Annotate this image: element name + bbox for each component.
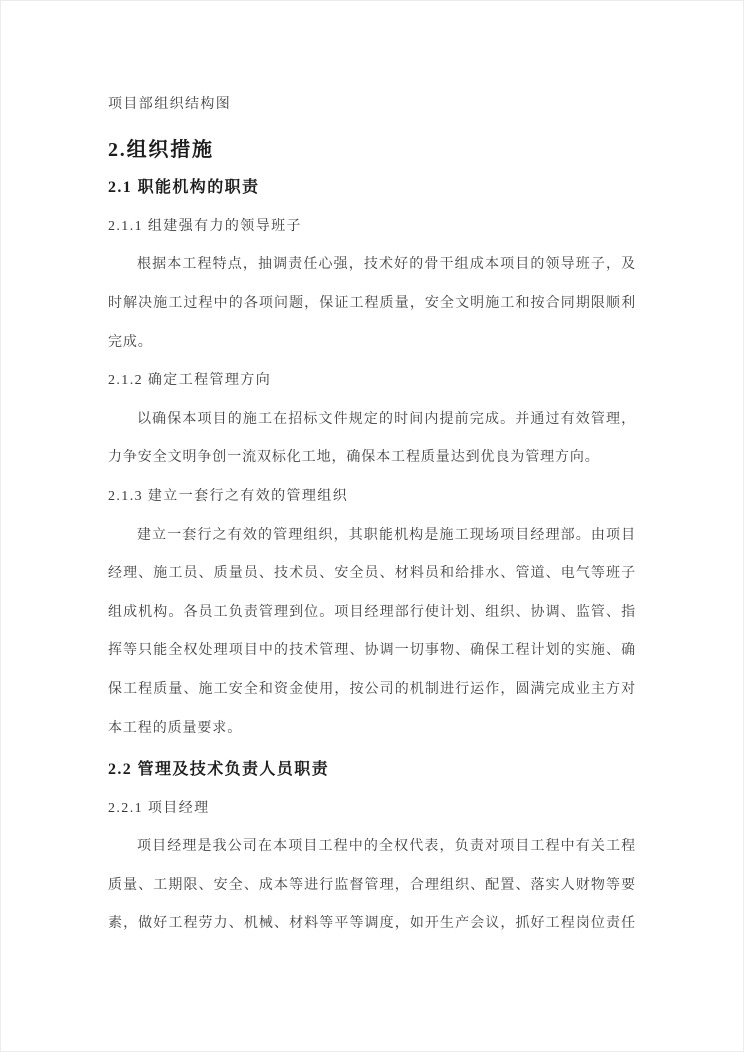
paragraph-line: 保工程质量、施工安全和资金使用，按公司的机制进行运作，圆满完成业主方对 bbox=[108, 671, 636, 710]
clause-heading-2-1-2: 2.1.2 确定工程管理方向 bbox=[108, 362, 636, 401]
paragraph-line: 项目经理是我公司在本项目工程中的全权代表，负责对项目工程中有关工程 bbox=[108, 828, 636, 867]
paragraph-line: 挥等只能全权处理项目中的技术管理、协调一切事物、确保工程计划的实施、确 bbox=[108, 632, 636, 671]
subsection-heading-2-2: 2.2 管理及技术负责人员职责 bbox=[108, 751, 636, 790]
paragraph-line: 质量、工期限、安全、成本等进行监督管理，合理组织、配置、落实人财物等要 bbox=[108, 867, 636, 906]
paragraph-line: 根据本工程特点，抽调责任心强，技术好的骨干组成本项目的领导班子，及 bbox=[108, 246, 636, 285]
paragraph-line: 以确保本项目的施工在招标文件规定的时间内提前完成。并通过有效管理， bbox=[108, 401, 636, 440]
clause-heading-2-2-1: 2.2.1 项目经理 bbox=[108, 790, 636, 829]
paragraph-line: 素，做好工程劳力、机械、材料等平等调度，如开生产会议，抓好工程岗位责任 bbox=[108, 905, 636, 944]
section-heading-2: 2.组织措施 bbox=[108, 131, 636, 170]
document-content: 项目部组织结构图 2.组织措施 2.1 职能机构的职责 2.1.1 组建强有力的… bbox=[108, 86, 636, 944]
paragraph-line: 力争安全文明争创一流双标化工地，确保本工程质量达到优良为管理方向。 bbox=[108, 439, 636, 478]
subsection-heading-2-1: 2.1 职能机构的职责 bbox=[108, 169, 636, 208]
paragraph-line: 完成。 bbox=[108, 324, 636, 363]
paragraph-line: 本工程的质量要求。 bbox=[108, 710, 636, 749]
figure-caption: 项目部组织结构图 bbox=[108, 86, 636, 125]
paragraph-line: 组成机构。各员工负责管理到位。项目经理部行使计划、组织、协调、监管、指 bbox=[108, 594, 636, 633]
paragraph-line: 经理、施工员、质量员、技术员、安全员、材料员和给排水、管道、电气等班子 bbox=[108, 555, 636, 594]
document-page: 项目部组织结构图 2.组织措施 2.1 职能机构的职责 2.1.1 组建强有力的… bbox=[0, 0, 744, 1052]
paragraph-line: 时解决施工过程中的各项问题，保证工程质量，安全文明施工和按合同期限顺利 bbox=[108, 285, 636, 324]
clause-heading-2-1-1: 2.1.1 组建强有力的领导班子 bbox=[108, 208, 636, 247]
paragraph-line: 建立一套行之有效的管理组织，其职能机构是施工现场项目经理部。由项目 bbox=[108, 517, 636, 556]
clause-heading-2-1-3: 2.1.3 建立一套行之有效的管理组织 bbox=[108, 478, 636, 517]
